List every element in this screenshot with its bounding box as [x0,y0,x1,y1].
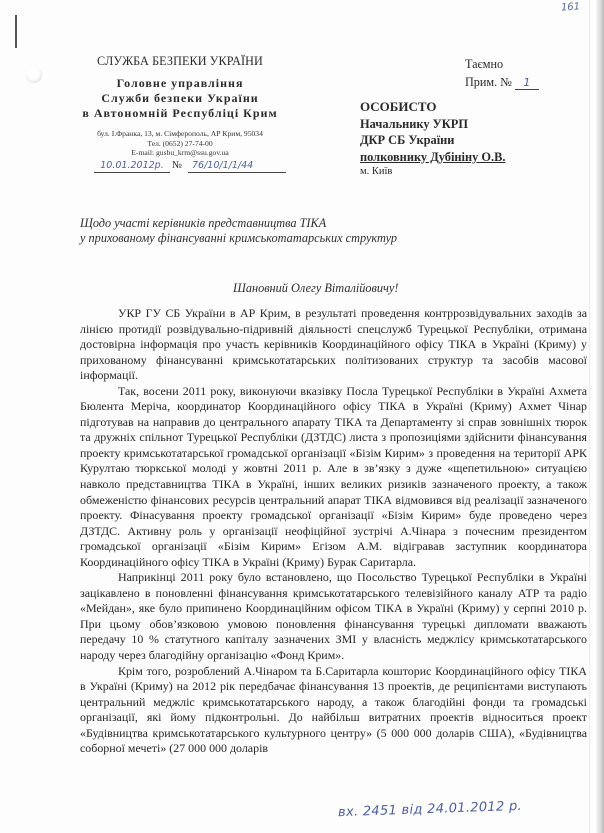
addressee-line: полковнику Дубініну О.В. [360,149,506,166]
outgoing-date: 10.01.2012р. [94,160,170,173]
copy-number-row: Прим. № 1 [465,73,539,91]
department-line: Служби безпеки України [70,91,290,106]
staple-mark [15,15,17,48]
subject-line: Щодо участі керівників представництва ТІ… [80,216,397,231]
letterhead-phone: Тел. (0652) 27-74-00 [70,139,290,149]
body-paragraph: Наприкінці 2011 року було встановлено, щ… [80,570,587,663]
department-line: в Автономній Республіці Крим [70,106,290,121]
body-paragraph: УКР ГУ СБ України в АР Крим, в результат… [80,306,587,384]
body-paragraph: Так, восени 2011 року, виконуючи вказівк… [80,384,587,571]
document-page: 161 СЛУЖБА БЕЗПЕКИ УКРАЇНИ Головне управ… [0,0,604,833]
addressee-line: Начальнику УКРП [360,116,506,133]
letterhead-email: E-mail: gusbu_krm@ssu.gov.ua [70,148,290,158]
subject-block: Щодо участі керівників представництва ТІ… [80,216,397,246]
page-edge-line [589,0,590,833]
letter-body: УКР ГУ СБ України в АР Крим, в результат… [80,306,587,757]
outgoing-number: 76/10/1/1/44 [188,160,286,173]
outgoing-number-label: № [172,160,182,172]
handwritten-page-number: 161 [561,1,581,13]
incoming-registration-note: вх. 2451 від 24.01.2012 р. [338,799,522,820]
letterhead-contacts: бул. І.Франка, 13, м. Сімферополь, АР Кр… [70,129,290,158]
classification-block: Таємно Прим. № 1 [465,55,539,91]
addressee-line: ДКР СБ України [360,132,506,149]
punch-hole [26,67,42,83]
letterhead: СЛУЖБА БЕЗПЕКИ УКРАЇНИ Головне управлінн… [70,54,290,158]
letterhead-address: бул. І.Франка, 13, м. Сімферополь, АР Кр… [70,129,290,139]
outgoing-reference: 10.01.2012р. № 76/10/1/1/44 [94,160,344,174]
subject-line: у прихованому фінансуванні кримськотатар… [80,231,397,246]
salutation: Шановний Олегу Віталійовичу! [233,281,398,296]
addressee-city: м. Київ [360,165,506,178]
addressee-block: ОСОБИСТО Начальнику УКРП ДКР СБ України … [360,99,506,178]
letterhead-department: Головне управління Служби безпеки Україн… [70,76,290,121]
classification-label: Таємно [465,55,539,73]
body-paragraph: Крім того, розроблений А.Чінаром та Б.Са… [80,664,587,757]
letterhead-service: СЛУЖБА БЕЗПЕКИ УКРАЇНИ [70,54,290,69]
copy-number-label: Прим. № [465,75,512,89]
department-line: Головне управління [70,76,290,91]
page-edge-shadow [596,0,604,833]
addressee-line: ОСОБИСТО [360,99,506,116]
copy-number: 1 [515,77,539,90]
